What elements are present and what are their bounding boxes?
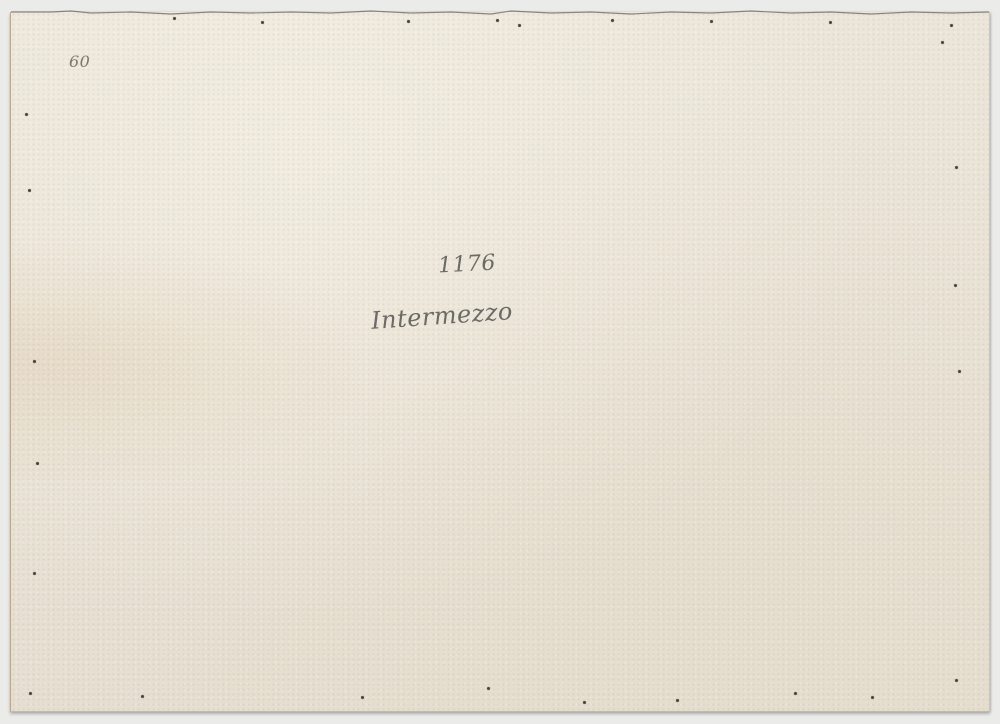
pin-hole <box>710 20 713 23</box>
pin-hole <box>173 17 176 20</box>
pin-hole <box>33 572 36 575</box>
pin-hole <box>794 692 797 695</box>
pin-hole <box>25 113 28 116</box>
pin-hole <box>33 360 36 363</box>
title-inscription: Intermezzo <box>370 297 514 335</box>
pin-hole <box>261 21 264 24</box>
pin-hole <box>871 696 874 699</box>
pin-hole <box>487 687 490 690</box>
pin-hole <box>29 692 32 695</box>
pin-hole <box>141 695 144 698</box>
corner-number-inscription: 60 <box>69 52 90 71</box>
pin-hole <box>583 701 586 704</box>
deckle-edge <box>11 9 989 17</box>
pin-hole <box>361 696 364 699</box>
pin-hole <box>941 41 944 44</box>
inventory-number-inscription: 1176 <box>437 250 496 278</box>
pin-hole <box>36 462 39 465</box>
pin-hole <box>496 19 499 22</box>
pin-hole <box>958 370 961 373</box>
pin-hole <box>28 189 31 192</box>
pin-hole <box>611 19 614 22</box>
pin-hole <box>955 679 958 682</box>
pin-hole <box>954 284 957 287</box>
pin-hole <box>829 21 832 24</box>
pin-hole <box>518 24 521 27</box>
paper-sheet: 60 1176 Intermezzo <box>10 12 990 712</box>
pin-hole <box>676 699 679 702</box>
pin-hole <box>407 20 410 23</box>
pin-hole <box>950 24 953 27</box>
pin-hole <box>955 166 958 169</box>
